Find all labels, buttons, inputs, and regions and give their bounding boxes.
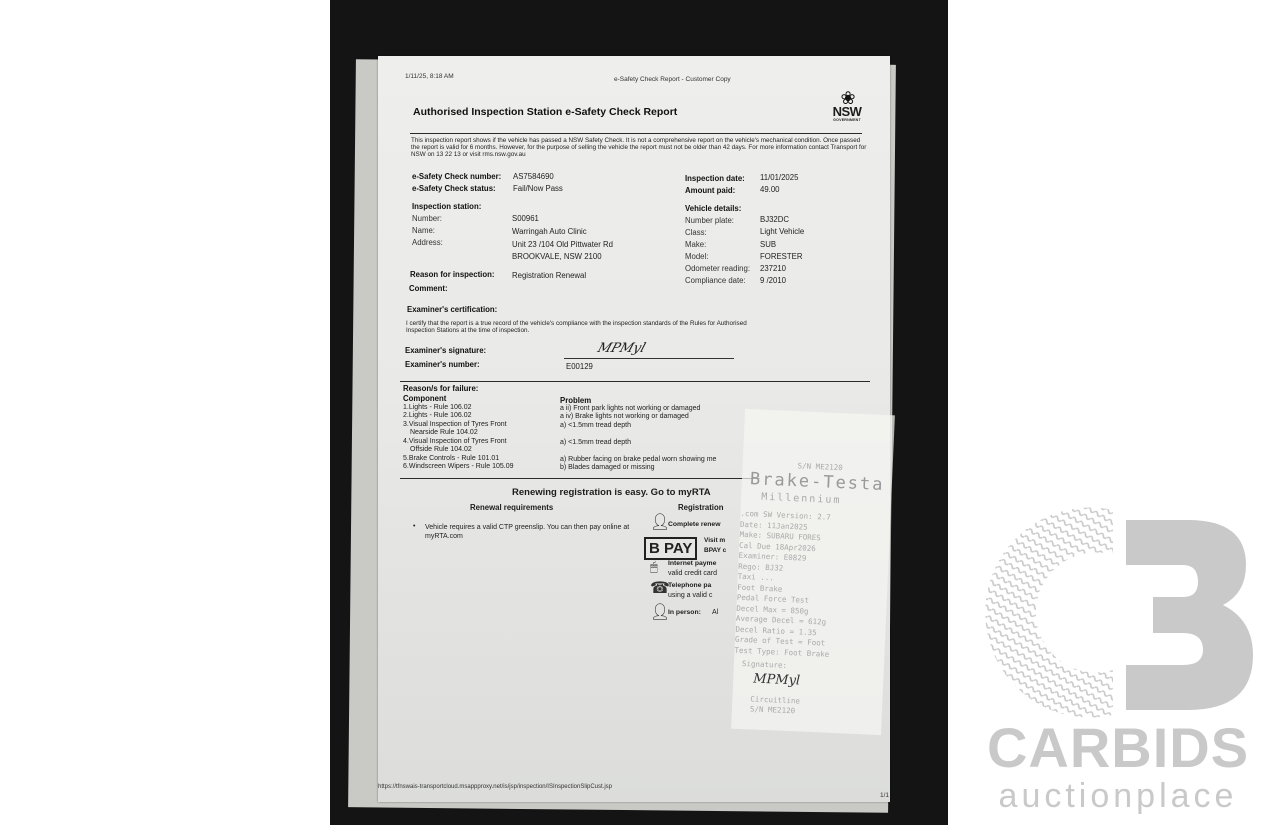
option-telephone: Telephone pa bbox=[668, 582, 711, 589]
nsw-government-logo: ❀ NSW GOVERNMENT bbox=[824, 90, 870, 122]
print-datetime: 1/11/25, 8:18 AM bbox=[405, 73, 454, 80]
failure-component: 6.Windscreen Wipers - Rule 105.09 bbox=[403, 463, 514, 470]
plate-value: BJ32DC bbox=[760, 215, 789, 224]
make-value: SUB bbox=[760, 240, 776, 249]
make-label: Make: bbox=[685, 240, 706, 249]
page-number: 1/1 bbox=[880, 792, 889, 799]
bpay-logo: B PAY bbox=[644, 537, 697, 560]
status-label: e-Safety Check status: bbox=[412, 184, 496, 193]
option-internet: Internet payme bbox=[668, 560, 716, 567]
odometer-value: 237210 bbox=[760, 264, 786, 273]
brake-test-receipt: S/N ME2120 Brake-Testa Millennium .com S… bbox=[731, 409, 895, 735]
compliance-value: 9 /2010 bbox=[760, 276, 786, 285]
failure-problem: a) Rubber facing on brake pedal worn sho… bbox=[560, 456, 716, 463]
examiner-number: E00129 bbox=[566, 362, 593, 371]
failure-problem: a) <1.5mm tread depth bbox=[560, 439, 631, 446]
reason-label: Reason for inspection: bbox=[410, 270, 494, 279]
problem-column-header: Problem bbox=[560, 396, 591, 405]
carbids-logo-icon bbox=[978, 505, 1258, 720]
amount-paid: 49.00 bbox=[760, 185, 780, 194]
examiner-number-label: Examiner's number: bbox=[405, 360, 480, 369]
receipt-line: Taxi ... bbox=[738, 572, 774, 583]
failure-component: 3.Visual Inspection of Tyres Front bbox=[403, 421, 507, 428]
failure-problem: a) <1.5mm tread depth bbox=[560, 422, 631, 429]
failure-problem: b) Blades damaged or missing bbox=[560, 464, 655, 471]
examiner-signature: MPMyl bbox=[596, 341, 648, 356]
auctionplace-text: auctionplace bbox=[978, 777, 1258, 816]
station-address-line1: Unit 23 /104 Old Pittwater Rd bbox=[512, 240, 613, 249]
option-in-person: In person: bbox=[668, 609, 701, 616]
station-name-label: Name: bbox=[412, 226, 435, 235]
station-number: S00961 bbox=[512, 214, 539, 223]
renewal-requirement: Vehicle requires a valid CTP greenslip. … bbox=[425, 523, 645, 541]
signature-line bbox=[564, 358, 734, 359]
station-number-label: Number: bbox=[412, 214, 442, 223]
receipt-line: Foot Brake bbox=[737, 582, 783, 593]
failure-problem: a iv) Brake lights not working or damage… bbox=[560, 413, 689, 420]
failures-heading: Reason/s for failure: bbox=[403, 384, 478, 393]
failure-problem: a ii) Front park lights not working or d… bbox=[560, 405, 700, 412]
model-value: FORESTER bbox=[760, 252, 802, 261]
report-title: Authorised Inspection Station e-Safety C… bbox=[413, 106, 677, 118]
inspection-date-label: Inspection date: bbox=[685, 174, 745, 183]
renewal-banner: Renewing registration is easy. Go to myR… bbox=[512, 487, 711, 498]
model-label: Model: bbox=[685, 252, 708, 261]
option-bpay: Visit m bbox=[704, 537, 725, 544]
check-number-label: e-Safety Check number: bbox=[412, 172, 501, 181]
mouse-icon: 🖱︎ bbox=[650, 559, 658, 575]
inspection-date: 11/01/2025 bbox=[760, 173, 798, 182]
reason-value: Registration Renewal bbox=[512, 271, 586, 280]
failure-table-bottom-rule bbox=[400, 478, 760, 479]
title-divider bbox=[410, 133, 862, 134]
amount-paid-label: Amount paid: bbox=[685, 186, 735, 195]
renewal-requirements-heading: Renewal requirements bbox=[470, 503, 553, 512]
vehicle-heading: Vehicle details: bbox=[685, 204, 741, 213]
station-address-label: Address: bbox=[412, 238, 443, 247]
station-address-line2: BROOKVALE, NSW 2100 bbox=[512, 252, 602, 261]
failure-component: 5.Brake Controls - Rule 101.01 bbox=[403, 455, 499, 462]
registration-heading: Registration bbox=[678, 503, 724, 512]
failure-component: 2.Lights - Rule 106.02 bbox=[403, 412, 472, 419]
failure-component: 4.Visual Inspection of Tyres Front bbox=[403, 438, 507, 445]
odometer-label: Odometer reading: bbox=[685, 264, 750, 273]
check-number: AS7584690 bbox=[513, 172, 554, 181]
carbids-watermark: CARBIDS auctionplace bbox=[978, 505, 1258, 820]
class-label: Class: bbox=[685, 228, 707, 237]
option-online: Complete renew bbox=[668, 521, 721, 528]
comment-label: Comment: bbox=[409, 284, 448, 293]
failure-component: 1.Lights - Rule 106.02 bbox=[403, 404, 472, 411]
plate-label: Number plate: bbox=[685, 216, 734, 225]
certification-heading: Examiner's certification: bbox=[407, 305, 497, 314]
footer-url: https://tfnswais-transportcloud.msapppro… bbox=[378, 784, 612, 790]
receipt-line: Rego: BJ32 bbox=[738, 561, 784, 572]
status-value: Fail/Now Pass bbox=[513, 184, 563, 193]
failure-component-rule: Offside Rule 104.02 bbox=[410, 446, 472, 453]
class-value: Light Vehicle bbox=[760, 227, 804, 236]
signature-label: Examiner's signature: bbox=[405, 346, 486, 355]
failure-component-rule: Nearside Rule 104.02 bbox=[410, 429, 478, 436]
component-column-header: Component bbox=[403, 394, 446, 403]
station-name: Warringah Auto Clinic bbox=[512, 227, 587, 236]
compliance-label: Compliance date: bbox=[685, 276, 746, 285]
receipt-signature: MPMyl bbox=[753, 672, 800, 689]
failure-divider bbox=[400, 381, 870, 382]
intro-text: This inspection report shows if the vehi… bbox=[411, 137, 867, 159]
telephone-icon: ☎ bbox=[650, 581, 670, 597]
print-doc-title: e-Safety Check Report - Customer Copy bbox=[614, 76, 731, 83]
certification-text: I certify that the report is a true reco… bbox=[406, 320, 866, 334]
carbids-brand-text: CARBIDS bbox=[978, 715, 1258, 780]
station-heading: Inspection station: bbox=[412, 202, 481, 211]
